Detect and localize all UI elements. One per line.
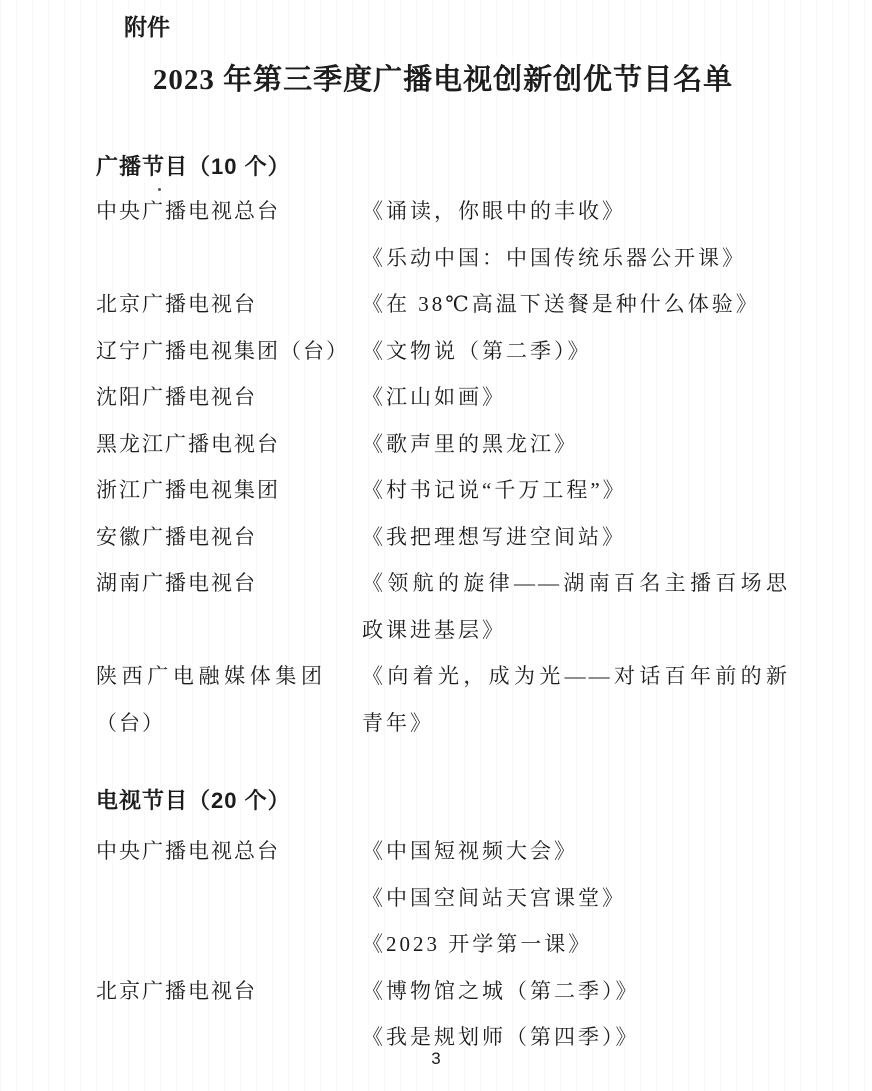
program-list: 《文物说（第二季）》: [362, 328, 790, 375]
page-number: 3: [0, 1048, 872, 1070]
org-name: 湖南广播电视台: [96, 560, 362, 607]
program-title: 《领航的旋律——湖南百名主播百场思政课进基层》: [362, 560, 790, 653]
program-list: 《诵读，你眼中的丰收》 《乐动中国：中国传统乐器公开课》: [362, 188, 790, 281]
program-title: 《中国空间站天宫课堂》: [362, 875, 790, 922]
org-name: 黑龙江广播电视台: [96, 421, 362, 468]
program-title: 《2023 开学第一课》: [362, 921, 790, 968]
table-row: 中央广播电视总台 《中国短视频大会》 《中国空间站天宫课堂》 《2023 开学第…: [96, 828, 790, 968]
org-name: 安徽广播电视台: [96, 514, 362, 561]
program-list: 《我把理想写进空间站》: [362, 514, 790, 561]
scan-speck: [158, 188, 161, 191]
program-title: 《博物馆之城（第二季）》: [362, 968, 790, 1015]
table-row: 湖南广播电视台 《领航的旋律——湖南百名主播百场思政课进基层》: [96, 560, 790, 653]
program-list: 《江山如画》: [362, 374, 790, 421]
program-list: 《歌声里的黑龙江》: [362, 421, 790, 468]
program-title: 《中国短视频大会》: [362, 828, 790, 875]
org-name: 中央广播电视总台: [96, 828, 362, 875]
attachment-label: 附件: [124, 12, 790, 42]
program-title: 《乐动中国：中国传统乐器公开课》: [362, 235, 790, 282]
section-heading-tv: 电视节目（20 个）: [96, 786, 790, 816]
program-title: 《歌声里的黑龙江》: [362, 421, 790, 468]
org-name: 中央广播电视总台: [96, 188, 362, 235]
table-row: 陕西广电融媒体集团（台） 《向着光，成为光——对话百年前的新青年》: [96, 653, 790, 746]
table-row: 安徽广播电视台 《我把理想写进空间站》: [96, 514, 790, 561]
program-title: 《我把理想写进空间站》: [362, 514, 790, 561]
table-row: 黑龙江广播电视台 《歌声里的黑龙江》: [96, 421, 790, 468]
table-row: 北京广播电视台 《在 38℃高温下送餐是种什么体验》: [96, 281, 790, 328]
page-title: 2023 年第三季度广播电视创新创优节目名单: [96, 60, 790, 100]
org-name: 陕西广电融媒体集团（台）: [96, 653, 324, 746]
program-list: 《领航的旋律——湖南百名主播百场思政课进基层》: [362, 560, 790, 653]
program-list: 《博物馆之城（第二季）》 《我是规划师（第四季）》: [362, 968, 790, 1061]
program-list: 《中国短视频大会》 《中国空间站天宫课堂》 《2023 开学第一课》: [362, 828, 790, 968]
table-row: 中央广播电视总台 《诵读，你眼中的丰收》 《乐动中国：中国传统乐器公开课》: [96, 188, 790, 281]
table-row: 沈阳广播电视台 《江山如画》: [96, 374, 790, 421]
section-heading-radio: 广播节目（10 个）: [96, 152, 790, 182]
org-name: 沈阳广播电视台: [96, 374, 362, 421]
program-title: 《诵读，你眼中的丰收》: [362, 188, 790, 235]
program-list: 《向着光，成为光——对话百年前的新青年》: [362, 653, 790, 746]
org-name: 浙江广播电视集团: [96, 467, 362, 514]
program-list: 《村书记说“千万工程”》: [362, 467, 790, 514]
program-title: 《村书记说“千万工程”》: [362, 467, 790, 514]
program-title: 《江山如画》: [362, 374, 790, 421]
section-tv-programs: 电视节目（20 个） 中央广播电视总台 《中国短视频大会》 《中国空间站天宫课堂…: [96, 786, 790, 1061]
org-name: 北京广播电视台: [96, 281, 362, 328]
program-title: 《在 38℃高温下送餐是种什么体验》: [362, 281, 790, 328]
org-name: 辽宁广播电视集团（台）: [96, 328, 362, 375]
table-row: 北京广播电视台 《博物馆之城（第二季）》 《我是规划师（第四季）》: [96, 968, 790, 1061]
program-title: 《文物说（第二季）》: [362, 328, 790, 375]
section-radio-programs: 广播节目（10 个） 中央广播电视总台 《诵读，你眼中的丰收》 《乐动中国：中国…: [96, 152, 790, 746]
program-title: 《向着光，成为光——对话百年前的新青年》: [362, 653, 790, 746]
document-page: 附件 2023 年第三季度广播电视创新创优节目名单 广播节目（10 个） 中央广…: [0, 0, 872, 1091]
program-list: 《在 38℃高温下送餐是种什么体验》: [362, 281, 790, 328]
org-name: 北京广播电视台: [96, 968, 362, 1015]
table-row: 辽宁广播电视集团（台） 《文物说（第二季）》: [96, 328, 790, 375]
table-row: 浙江广播电视集团 《村书记说“千万工程”》: [96, 467, 790, 514]
